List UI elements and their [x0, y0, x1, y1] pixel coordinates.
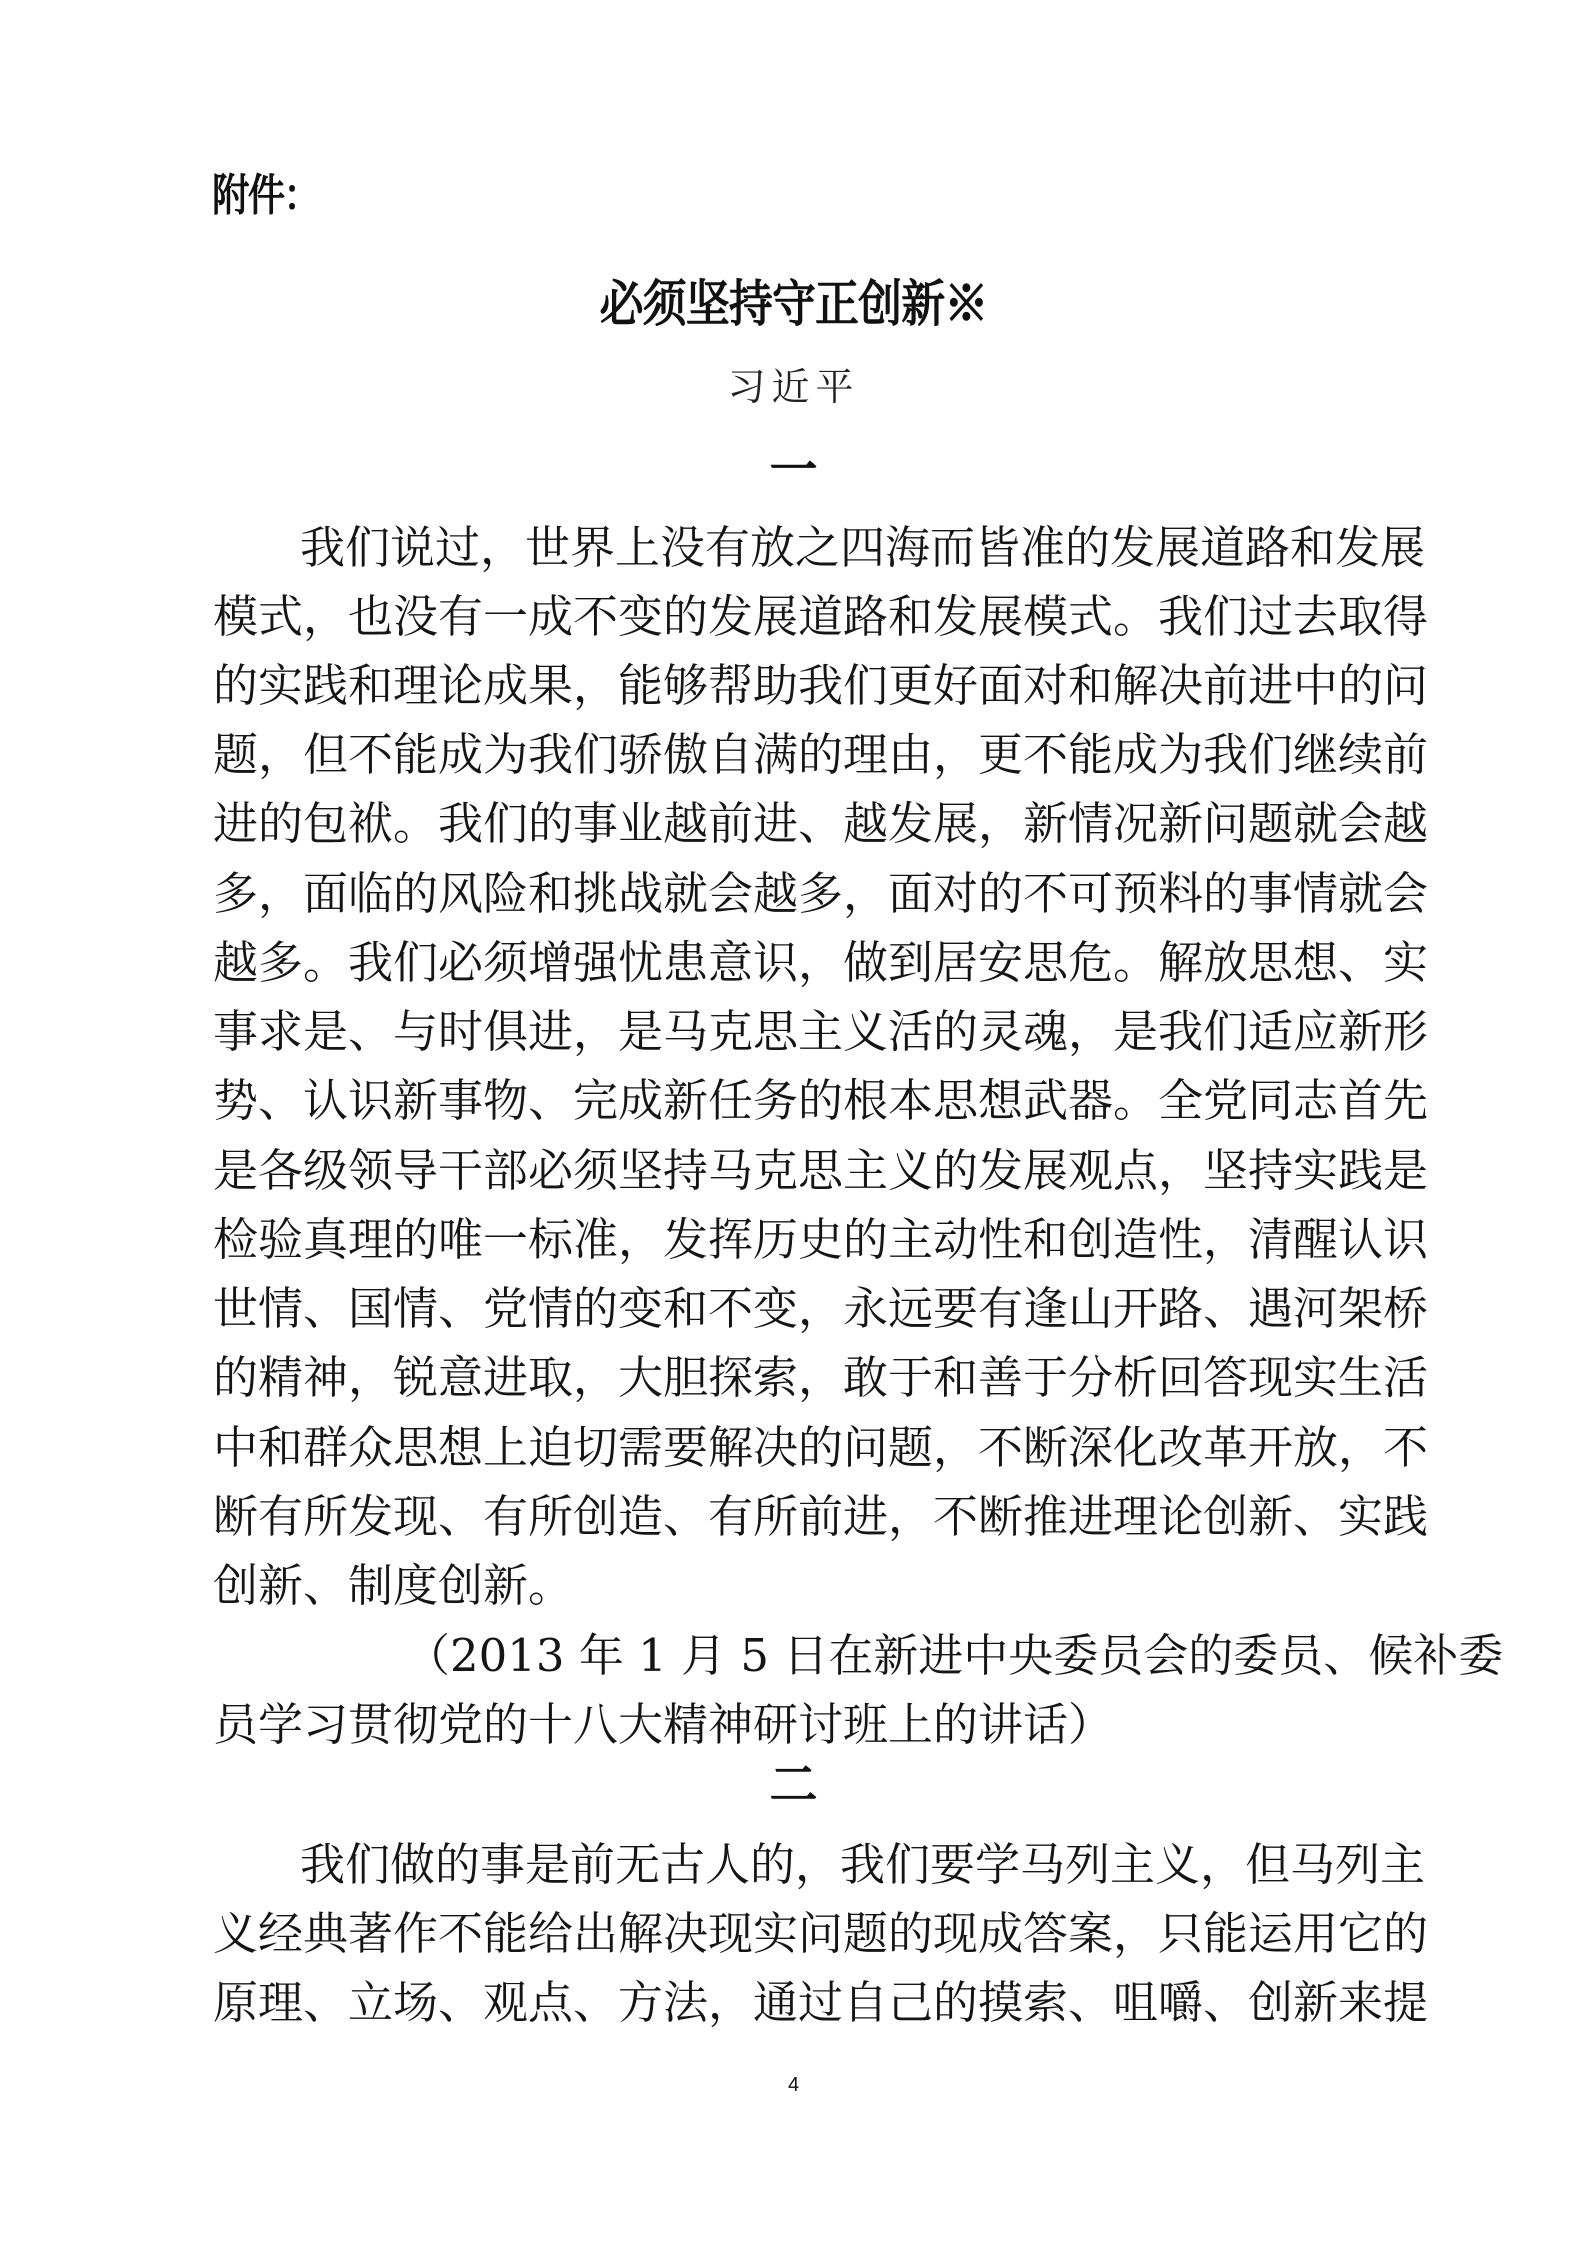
paragraph-line: 多，面临的风险和挑战就会越多，面对的不可预料的事情就会 — [213, 866, 1373, 922]
paragraph-line: 题，但不能成为我们骄傲自满的理由，更不能成为我们继续前 — [213, 727, 1373, 783]
paragraph-line: 的精神，锐意进取，大胆探索，敢于和善于分析回答现实生活 — [213, 1350, 1373, 1406]
citation-line: （2013 年 1 月 5 日在新进中央委员会的委员、候补委 — [405, 1628, 1373, 1684]
paragraph-line: 势、认识新事物、完成新任务的根本思想武器。全党同志首先 — [213, 1073, 1373, 1129]
paragraph-line: 进的包袱。我们的事业越前进、越发展，新情况新问题就会越 — [213, 796, 1373, 852]
paragraph-line: 断有所发现、有所创造、有所前进，不断推进理论创新、实践 — [213, 1489, 1373, 1545]
paragraph-line: 世情、国情、党情的变和不变，永远要有逢山开路、遇河架桥 — [213, 1281, 1373, 1337]
paragraph-line: 是各级领导干部必须坚持马克思主义的发展观点，坚持实践是 — [213, 1143, 1373, 1199]
author-name: 习近平 — [0, 362, 1587, 412]
paragraph-line: 我们做的事是前无古人的，我们要学马列主义，但马列主 — [300, 1837, 1373, 1893]
paragraph-line: 原理、立场、观点、方法，通过自己的摸索、咀嚼、创新来提 — [213, 1975, 1373, 2031]
document-page: 附件： 必须坚持守正创新※ 习近平 一 我们说过，世界上没有放之四海而皆准的发展… — [0, 0, 1587, 2245]
paragraph-line: 义经典著作不能给出解决现实问题的现成答案，只能运用它的 — [213, 1906, 1373, 1962]
document-title-text: 必须坚持守正创新※ — [599, 272, 987, 336]
paragraph-line: 创新、制度创新。 — [213, 1558, 1373, 1614]
paragraph-line: 的实践和理论成果，能够帮助我们更好面对和解决前进中的问 — [213, 658, 1373, 714]
citation-line: 员学习贯彻党的十八大精神研讨班上的讲话） — [213, 1697, 1373, 1753]
page-number: 4 — [0, 2072, 1587, 2098]
paragraph-line: 检验真理的唯一标准，发挥历史的主动性和创造性，清醒认识 — [213, 1212, 1373, 1268]
section-marker-1: 一 — [0, 442, 1587, 498]
document-title: 必须坚持守正创新※ — [0, 272, 1587, 336]
paragraph-line: 越多。我们必须增强忧患意识，做到居安思危。解放思想、实 — [213, 935, 1373, 991]
paragraph-line: 模式，也没有一成不变的发展道路和发展模式。我们过去取得 — [213, 589, 1373, 645]
paragraph-line: 中和群众思想上迫切需要解决的问题，不断深化改革开放，不 — [213, 1420, 1373, 1476]
section-marker-2: 二 — [0, 1757, 1587, 1813]
paragraph-line: 我们说过，世界上没有放之四海而皆准的发展道路和发展 — [300, 520, 1373, 576]
paragraph-line: 事求是、与时俱进，是马克思主义活的灵魂，是我们适应新形 — [213, 1004, 1373, 1060]
attachment-label: 附件： — [212, 170, 319, 222]
